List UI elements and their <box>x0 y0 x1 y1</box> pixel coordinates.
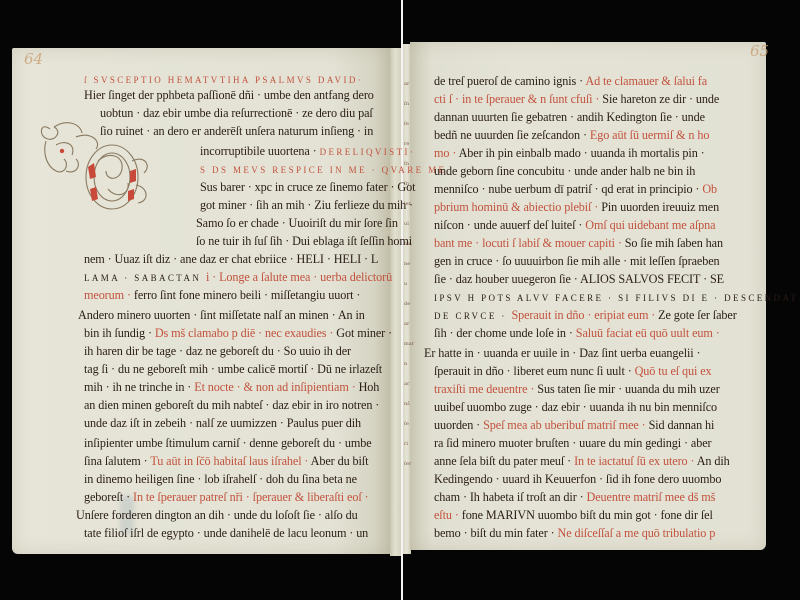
text-line: Unſere forderen dington an dih · unde du… <box>76 508 358 523</box>
text-line: tag ſi · du ne geboreſt mih · umbe calic… <box>84 362 382 377</box>
gutter-stub-text: ar ſn ſe re ſn ſn ier ui he ne u de ar m… <box>404 82 412 502</box>
text-line: ſ SVSCEPTIO HEMATVTIHA PSALMVS DAVID· <box>84 72 363 87</box>
text-line: ſperauit in dño · liberet eum nunc ſi uu… <box>434 364 712 379</box>
text-line: Andero minero uuorten · ſint miſſetate n… <box>78 308 365 323</box>
text-line: bant me · locuti ſ labiſ & mouer capiti … <box>434 236 723 251</box>
text-line: nem · Uuaz iſt diz · ane daz er chat ebr… <box>84 252 378 267</box>
text-line: DE CRVCE · Sperauit in dño · eripiat eum… <box>434 308 737 323</box>
folio-number-right: 65 <box>750 42 769 60</box>
stub-mark: ne <box>404 262 410 267</box>
text-line: IPSV H POTS ALVV FACERE · SI FILIVS DI E… <box>434 290 798 305</box>
text-line: anne ſela biſt du pater meuſ · In te iac… <box>434 454 730 469</box>
stub-mark: mar <box>404 342 414 347</box>
text-line: bemo · biſt du min fater · Ne diſceſſaſ … <box>434 526 715 541</box>
text-line: Kedingendo · uuard ih Keuuerfon · ſid ih… <box>434 472 721 487</box>
text-line: ih haren dir be tage · daz ne geboreſt d… <box>84 344 351 359</box>
text-line: de treſ pueroſ de camino ignis · Ad te c… <box>434 74 707 89</box>
stub-mark: ſe <box>404 122 409 127</box>
text-line: uuibeſ uuombo zuge · daz ebir · uuanda i… <box>434 400 717 415</box>
text-line: mo · Aber ih pin einbalb mado · uuanda i… <box>434 146 705 161</box>
text-line: an dien minen geboreſt du mih nabteſ · d… <box>84 398 379 413</box>
text-line: niſcon · unde auuerf deſ luiteſ · Omſ qu… <box>434 218 715 233</box>
stub-mark: ſn <box>404 162 409 167</box>
folio-number-left: 64 <box>24 50 43 68</box>
stub-mark: ar <box>404 322 409 327</box>
stub-mark: ier <box>404 202 411 207</box>
text-line: in dinemo heiligen ſine · lob iſrahelſ ·… <box>84 472 357 487</box>
text-line: pbrium hominū & abiectio plebiſ · Pin uu… <box>434 200 719 215</box>
text-line: cham · Ih habeta iſ troſt an dir · Deuen… <box>434 490 715 505</box>
stub-mark: re <box>404 142 409 147</box>
stub-mark: u <box>404 282 407 287</box>
text-line: uobtun · daz ebir umbe dia reſurrectionē… <box>100 106 373 121</box>
stub-mark: ar <box>404 82 409 87</box>
text-line: got miner · ſih an mih · Ziu ferlieze du… <box>200 198 413 213</box>
text-line: incorruptibile uuortena · DERELIQVISTI· <box>200 144 415 159</box>
text-line: geboreſt · In te ſperauer patreſ nři · ſ… <box>84 490 369 505</box>
text-line: Sus barer · xpc in cruce ze ſinemo fater… <box>200 180 415 195</box>
stub-mark: ui <box>404 222 409 227</box>
text-line: cti ſ · in te ſperauer & n ſunt cfuſi · … <box>434 92 719 107</box>
stub-mark: ſe <box>404 422 409 427</box>
text-line: gen in cruce · ſo uuuuirbon ſie mih alle… <box>434 254 720 269</box>
text-line: Er hatte in · uuanda er uuile in · Daz ſ… <box>424 346 700 361</box>
text-line: bin ih ſundig · Ds mš clamabo p diē · ne… <box>84 326 392 341</box>
text-line: ſie · daz houber uuegeron ſie · ALIOS SA… <box>434 272 724 287</box>
stub-mark: n <box>404 362 407 367</box>
text-line: eſtu · fone MARIVN uuombo biſt du min go… <box>434 508 713 523</box>
stub-mark: nš <box>404 402 410 407</box>
stub-mark: de <box>404 302 410 307</box>
stub-mark: ſer <box>404 462 411 467</box>
text-line: ra ſid minero muoter bruſten · uuare du … <box>434 436 711 451</box>
text-line: bedñ ne uuurden ſie zeſcandon · Ego aūt … <box>434 128 709 143</box>
text-line: ſina ſalutem · Tu aūt in ſčō habitaſ lau… <box>84 454 368 469</box>
text-line: unde geborn ſine concubitu · unde ander … <box>434 164 695 179</box>
text-line: dannan uuurten ſie gebatren · andih Kedi… <box>434 110 705 125</box>
image-split-divider <box>401 0 403 600</box>
stub-mark: ar <box>404 382 409 387</box>
text-line: ſih · der chome unde loſe in · Saluū fac… <box>434 326 720 341</box>
stub-mark: ſn <box>404 102 409 107</box>
text-line: tate filioſ iſrl de egypto · unde danihe… <box>84 526 368 541</box>
text-line: Samo ſo er chade · Uuoiriſt du mir ſore … <box>196 216 398 231</box>
text-line: Hier ſinget der pphbeta paſſionē dñi · u… <box>84 88 374 103</box>
text-line: inſipienter umbe ſtimulum carniſ · denne… <box>84 436 372 451</box>
text-line: meorum · ferro ſint fone minero beili · … <box>84 288 360 303</box>
text-line: unde daz iſt in zebeih · nalſ ze uumizze… <box>84 416 361 431</box>
text-line: uuorden · Speſ mea ab uberibuſ matriſ me… <box>434 418 714 433</box>
text-line: ſio ruinet · an dero er anderēſt unſera … <box>100 124 373 139</box>
text-line: LAMA · SABACTAN i · Longe a ſalute mea ·… <box>84 270 392 285</box>
text-line: mih · ih ne trinche in · Et nocte · & no… <box>84 380 379 395</box>
text-line: menniſco · nube uerbum dī patriſ · qd er… <box>434 182 717 197</box>
text-line: ſo ne tuir ih ſuſ ſih · Dui eblaga iſt ſ… <box>196 234 412 249</box>
text-line: traxiſti me deuentre · Sus taten ſie mir… <box>434 382 720 397</box>
stub-mark: ri <box>404 442 408 447</box>
stub-mark: ſn <box>404 182 409 187</box>
stub-mark: he <box>404 242 410 247</box>
